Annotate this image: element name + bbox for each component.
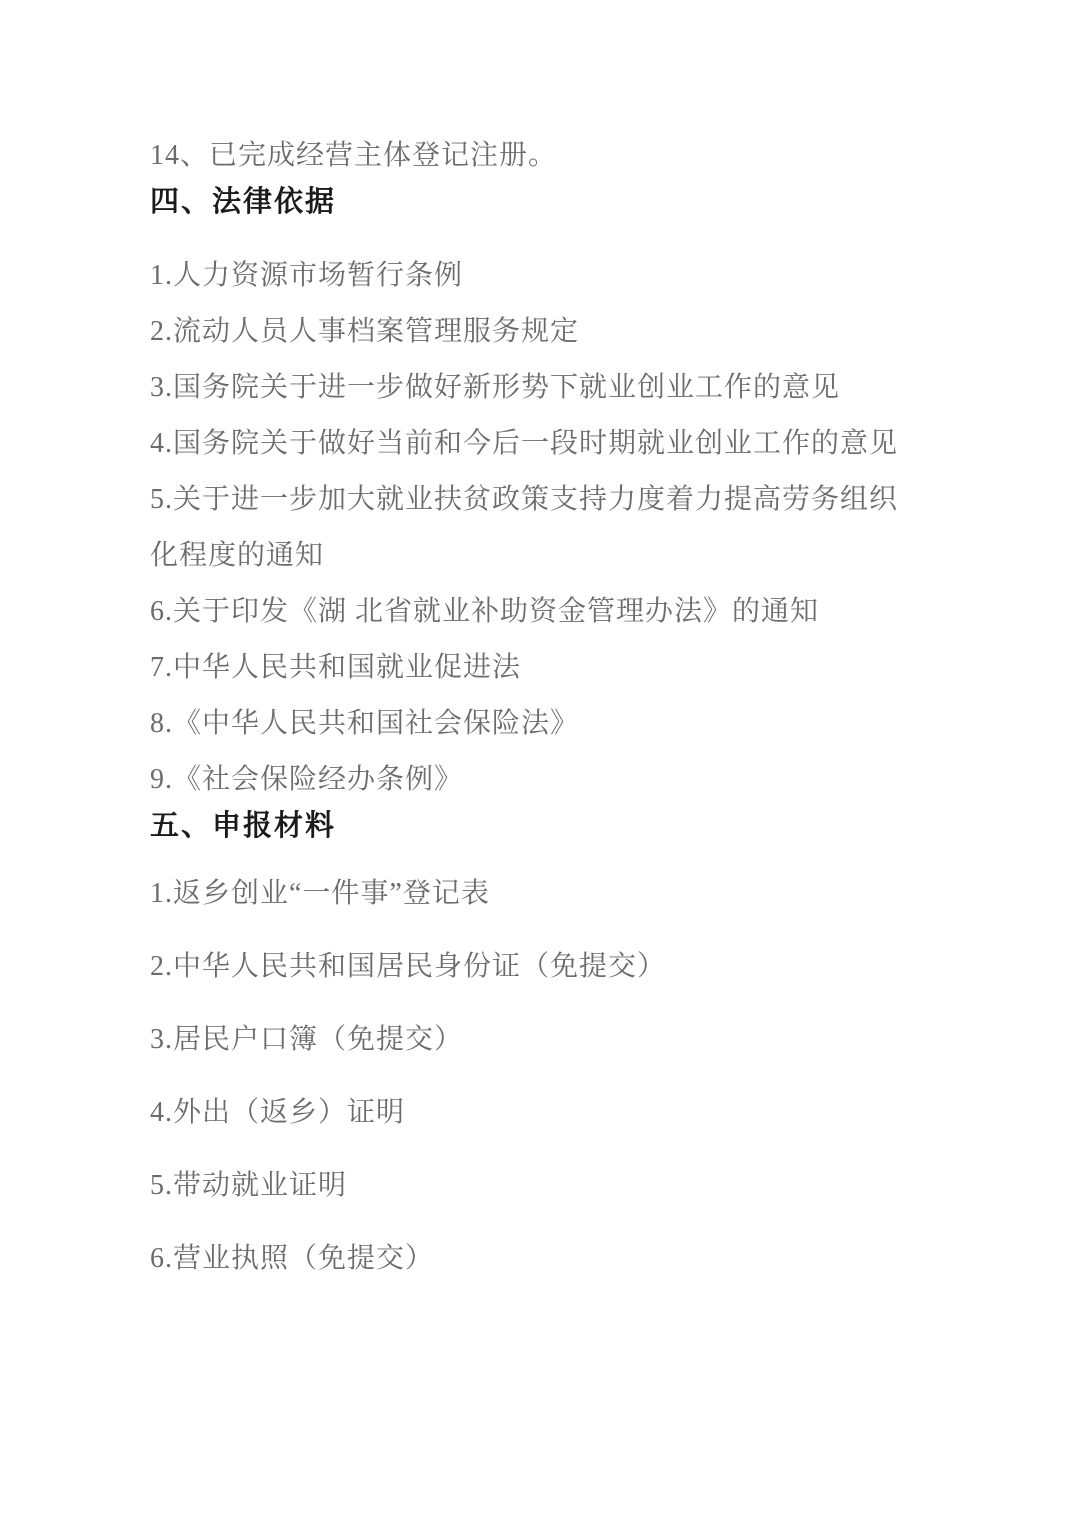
list-item: 9.《社会保险经办条例》 — [150, 752, 915, 808]
list-item: 1.人力资源市场暂行条例 — [150, 248, 915, 304]
list-item: 1.返乡创业“一件事”登记表 — [150, 866, 915, 922]
list-item: 3.居民户口簿（免提交） — [150, 1012, 915, 1068]
list-item: 4.外出（返乡）证明 — [150, 1085, 915, 1141]
list-item: 6.关于印发《湖 北省就业补助资金管理办法》的通知 — [150, 584, 915, 640]
list-item: 2.流动人员人事档案管理服务规定 — [150, 304, 915, 360]
list-item: 8.《中华人民共和国社会保险法》 — [150, 696, 915, 752]
section-heading-legal-basis: 四、法律依据 — [150, 184, 915, 220]
list-item: 3.国务院关于进一步做好新形势下就业创业工作的意见 — [150, 360, 915, 416]
document-page: 14、已完成经营主体登记注册。 四、法律依据 1.人力资源市场暂行条例 2.流动… — [0, 0, 1074, 1520]
section-heading-application-materials: 五、申报材料 — [150, 808, 915, 844]
list-item: 4.国务院关于做好当前和今后一段时期就业创业工作的意见 — [150, 416, 915, 472]
application-materials-list: 1.返乡创业“一件事”登记表 2.中华人民共和国居民身份证（免提交） 3.居民户… — [150, 866, 915, 1287]
numbered-item-14: 14、已完成经营主体登记注册。 — [150, 128, 915, 184]
list-item: 2.中华人民共和国居民身份证（免提交） — [150, 939, 915, 995]
legal-basis-list: 1.人力资源市场暂行条例 2.流动人员人事档案管理服务规定 3.国务院关于进一步… — [150, 248, 915, 808]
list-item: 6.营业执照（免提交） — [150, 1231, 915, 1287]
list-item: 5.关于进一步加大就业扶贫政策支持力度着力提高劳务组织化程度的通知 — [150, 472, 915, 584]
list-item: 7.中华人民共和国就业促进法 — [150, 640, 915, 696]
list-item: 5.带动就业证明 — [150, 1158, 915, 1214]
document-content: 14、已完成经营主体登记注册。 四、法律依据 1.人力资源市场暂行条例 2.流动… — [150, 128, 915, 1287]
